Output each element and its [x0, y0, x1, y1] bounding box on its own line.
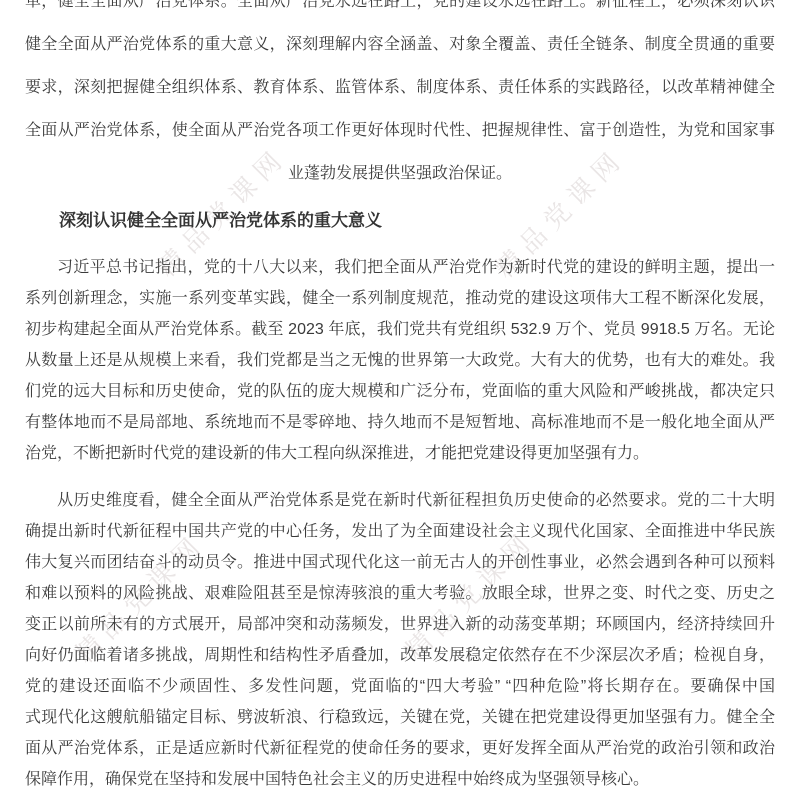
- section-heading: 深刻认识健全全面从严治党体系的重大意义: [25, 205, 775, 236]
- text-line: 要求，深刻把握健全组织体系、教育体系、监管体系、制度体系、责任体系的实践路径，以…: [25, 66, 775, 109]
- paragraph-historical-context: 习近平总书记指出，党的十八大以来，我们把全面从严治党作为新时代党的建设的鲜明主题…: [25, 252, 775, 469]
- text-line: 健全全面从严治党体系的重大意义，深刻理解内容全涵盖、对象全覆盖、责任全链条、制度…: [25, 23, 775, 66]
- text-line: 式现代化这艘航船锚定目标、劈波斩浪、行稳致远，关键在党，关键在把党建设得更加坚强…: [25, 702, 775, 733]
- text-line: 从历史维度看，健全全面从严治党体系是党在新时代新征程担负历史使命的必然要求。党的…: [25, 485, 775, 516]
- text-line: 面从严治党体系，正是适应新时代新征程党的使命任务的要求，更好发挥全面从严治党的政…: [25, 733, 775, 764]
- text-line: 革，健全全面从严治党体系。全面从严治党永远在路上，党的建设永远在路上。新征程上，…: [25, 0, 775, 23]
- text-line: 向好仍面临着诸多挑战，周期性和结构性矛盾叠加，改革发展稳定依然存在不少深层次矛盾…: [25, 640, 775, 671]
- text-line: 党的建设还面临不少顽固性、多发性问题，党面临的“四大考验” “四种危险”将长期存…: [25, 671, 775, 702]
- text-line: 系列创新理念，实施一系列变革实践，健全一系列制度规范，推动党的建设这项伟大工程不…: [25, 283, 775, 314]
- text-line: 们党的远大目标和历史使命，党的队伍的庞大规模和广泛分布，党面临的重大风险和严峻挑…: [25, 376, 775, 407]
- text-line: 从数量上还是从规模上来看，我们党都是当之无愧的世界第一大政党。大有大的优势，也有…: [25, 345, 775, 376]
- document-page: 精品党课网 精品党课网 精品党课网 精品党课网 革，健全全面从严治党体系。全面从…: [0, 0, 800, 800]
- text-line: 业蓬勃发展提供坚强政治保证。: [25, 152, 775, 195]
- text-line: 变正以前所未有的方式展开，局部冲突和动荡频发，世界进入新的动荡变革期；环顾国内，…: [25, 609, 775, 640]
- text-line: 有整体地而不是局部地、系统地而不是零碎地、持久地而不是短暂地、高标准地而不是一般…: [25, 407, 775, 438]
- text-line: 伟大复兴而团结奋斗的动员令。推进中国式现代化这一前无古人的开创性事业，必然会遇到…: [25, 547, 775, 578]
- text-line: 和难以预料的风险挑战、艰难险阻甚至是惊涛骇浪的重大考验。放眼全球，世界之变、时代…: [25, 578, 775, 609]
- text-line: 保障作用，确保党在坚持和发展中国特色社会主义的历史进程中始终成为坚强领导核心。: [25, 764, 775, 795]
- text-line: 初步构建起全面从严治党体系。截至 2023 年底，我们党共有党组织 532.9 …: [25, 314, 775, 345]
- text-line: 全面从严治党体系，使全面从严治党各项工作更好体现时代性、把握规律性、富于创造性，…: [25, 109, 775, 152]
- text-line: 习近平总书记指出，党的十八大以来，我们把全面从严治党作为新时代党的建设的鲜明主题…: [25, 252, 775, 283]
- opening-paragraph: 革，健全全面从严治党体系。全面从严治党永远在路上，党的建设永远在路上。新征程上，…: [25, 0, 775, 195]
- text-line: 治党，不断把新时代党的建设新的伟大工程向纵深推进，才能把党建设得更加坚强有力。: [25, 438, 775, 469]
- document-content: 革，健全全面从严治党体系。全面从严治党永远在路上，党的建设永远在路上。新征程上，…: [25, 0, 775, 795]
- paragraph-historical-dimension: 从历史维度看，健全全面从严治党体系是党在新时代新征程担负历史使命的必然要求。党的…: [25, 485, 775, 795]
- text-line: 确提出新时代新征程中国共产党的中心任务，发出了为全面建设社会主义现代化国家、全面…: [25, 516, 775, 547]
